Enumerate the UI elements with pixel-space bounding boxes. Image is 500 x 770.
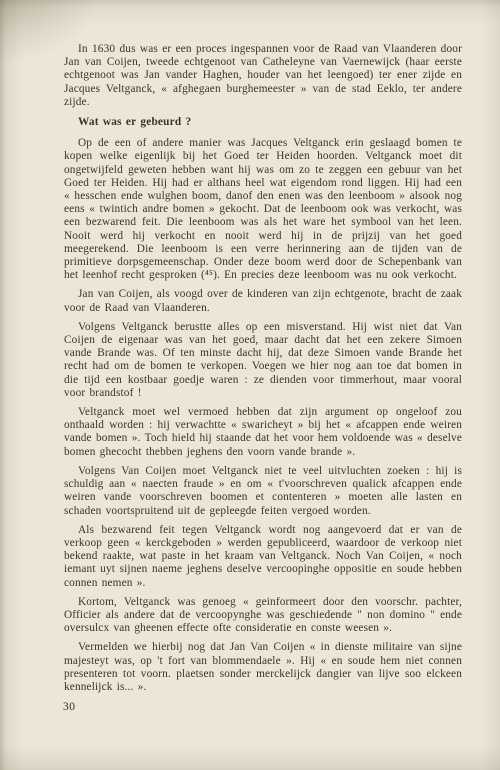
paragraph-leenboom: Op de een of andere manier was Jacques V… [64,137,462,282]
page-number: 30 [63,701,76,713]
paragraph-swaricheyt: Veltganck moet wel vermoed hebben dat zi… [64,406,462,459]
text-block: In 1630 dus was er een proces ingespanne… [64,43,462,700]
scanned-book-page: In 1630 dus was er een proces ingespanne… [0,0,500,770]
paragraph-vermelden: Vermelden we hierbij nog dat Jan Van Coi… [64,641,462,694]
paragraph-misverstand: Volgens Veltganck berustte alles op een … [64,321,462,400]
paragraph-intro: In 1630 dus was er een proces ingespanne… [64,43,462,109]
paragraph-kortom: Kortom, Veltganck was genoeg « geinforme… [64,596,462,636]
paragraph-voogd: Jan van Coijen, als voogd over de kinder… [64,288,462,314]
paragraph-kerckgeboden: Als bezwarend feit tegen Veltganck wordt… [64,524,462,590]
paragraph-naecten-fraude: Volgens Van Coijen moet Veltganck niet t… [64,465,462,518]
question-heading: Wat was er gebeurd ? [64,116,462,129]
